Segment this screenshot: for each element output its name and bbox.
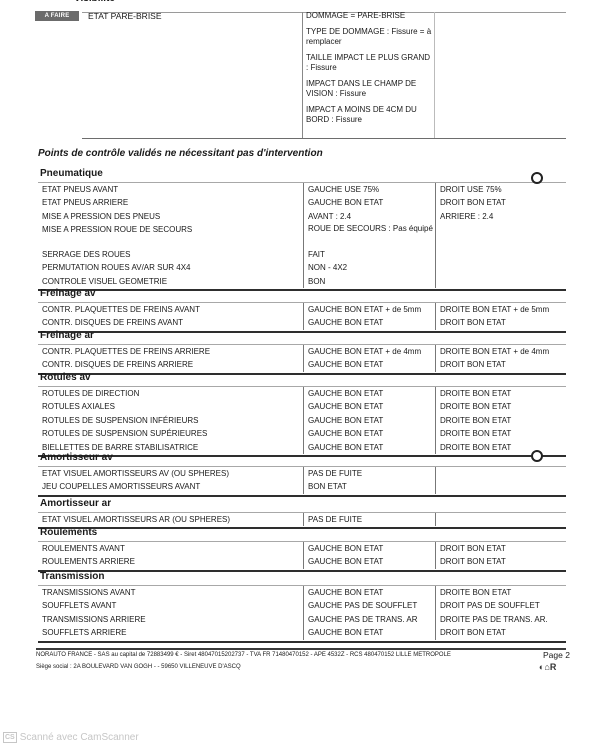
certification-icons: ◐⌂R (539, 662, 556, 672)
column-divider (435, 586, 436, 640)
detail-line: IMPACT DANS LE CHAMP DE VISION : Fissure (306, 79, 432, 99)
column-divider (303, 303, 304, 330)
punch-hole-icon (531, 172, 543, 184)
left-value: BON (308, 275, 436, 288)
left-value: GAUCHE BON ETAT (308, 316, 436, 329)
left-value: GAUCHE BON ETAT (308, 387, 436, 400)
detail-line: DOMMAGE = PARE-BRISE (306, 11, 432, 21)
right-value: DROITE BON ETAT (440, 414, 511, 427)
column-divider (303, 542, 304, 569)
status-badge-a-faire: A FAIRE (35, 11, 79, 21)
left-value: GAUCHE BON ETAT + de 5mm (308, 303, 436, 316)
checkpoint-label: CONTR. DISQUES DE FREINS AVANT (42, 316, 183, 329)
left-value: GAUCHE BON ETAT (308, 400, 436, 413)
checkpoint-label: ETAT VISUEL AMORTISSEURS AV (OU SPHERES) (42, 467, 229, 480)
right-value: DROIT BON ETAT (440, 358, 506, 371)
column-divider (435, 542, 436, 569)
checkpoint-label: CONTR. PLAQUETTES DE FREINS ARRIERE (42, 345, 210, 358)
left-value: GAUCHE USE 75% (308, 183, 436, 196)
column-divider (435, 183, 436, 288)
checkpoint-label: ETAT PNEUS ARRIERE (42, 196, 128, 209)
checkpoint-label: SOUFFLETS ARRIERE (42, 626, 126, 639)
right-value: DROIT BON ETAT (440, 626, 506, 639)
column-divider (435, 387, 436, 454)
divider (82, 138, 566, 139)
checkpoint-label: CONTR. DISQUES DE FREINS ARRIERE (42, 358, 193, 371)
left-value: GAUCHE BON ETAT (308, 555, 436, 568)
checkpoint-label: CONTR. PLAQUETTES DE FREINS AVANT (42, 303, 200, 316)
checkpoint-label: SERRAGE DES ROUES (42, 248, 130, 261)
right-value: DROITE BON ETAT (440, 586, 511, 599)
left-value: NON - 4X2 (308, 261, 436, 274)
checkpoint-label: ROULEMENTS ARRIERE (42, 555, 135, 568)
checkpoint-label: ROTULES DE SUSPENSION INFÉRIEURS (42, 414, 198, 427)
right-value: DROIT PAS DE SOUFFLET (440, 599, 540, 612)
group-divider (38, 570, 566, 572)
checkpoint-label: MISE A PRESSION ROUE DE SECOURS (42, 223, 192, 236)
group-title: Freinage av (40, 288, 96, 299)
left-value: GAUCHE BON ETAT (308, 358, 436, 371)
column-divider (303, 467, 304, 494)
group-title: Freinage ar (40, 330, 94, 341)
group-title: Amortisseur av (40, 452, 113, 463)
group-divider (38, 495, 566, 497)
right-value: DROITE BON ETAT + de 4mm (440, 345, 549, 358)
group-divider (38, 527, 566, 529)
detail-line: IMPACT A MOINS DE 4CM DU BORD : Fissure (306, 105, 432, 125)
left-value: FAIT (308, 248, 436, 261)
detail-line: TAILLE IMPACT LE PLUS GRAND : Fissure (306, 53, 432, 73)
watermark-text: Scanné avec CamScanner (20, 732, 139, 743)
column-divider (435, 345, 436, 372)
checkpoint-label: MISE A PRESSION DES PNEUS (42, 210, 160, 223)
punch-hole-icon (531, 450, 543, 462)
right-value: DROITE BON ETAT (440, 441, 511, 454)
left-value: GAUCHE BON ETAT (308, 427, 436, 440)
group-title: Roulements (40, 527, 97, 538)
checkpoint-label: PERMUTATION ROUES AV/AR SUR 4X4 (42, 261, 190, 274)
column-divider (303, 183, 304, 288)
left-value: GAUCHE BON ETAT (308, 441, 436, 454)
group-title: Transmission (40, 571, 104, 582)
column-divider (435, 513, 436, 526)
right-value: DROITE PAS DE TRANS. AR. (440, 613, 548, 626)
group-title: Amortisseur ar (40, 498, 111, 509)
right-value: DROIT USE 75% (440, 183, 502, 196)
checkpoint-label: ROTULES AXIALES (42, 400, 115, 413)
camscanner-watermark: CS Scanné avec CamScanner (3, 732, 139, 743)
checkpoint-label: ROTULES DE SUSPENSION SUPÉRIEURES (42, 427, 207, 440)
right-value: ARRIERE : 2.4 (440, 210, 493, 223)
right-value: DROIT BON ETAT (440, 316, 506, 329)
left-value: GAUCHE BON ETAT (308, 414, 436, 427)
group-divider (38, 455, 566, 457)
group-divider (38, 373, 566, 375)
column-divider (435, 303, 436, 330)
left-value: PAS DE FUITE (308, 467, 436, 480)
checkpoint-label: ETAT PNEUS AVANT (42, 183, 118, 196)
group-divider (38, 331, 566, 333)
footer-divider (36, 648, 566, 650)
page-number: Page 2 (543, 650, 570, 660)
left-value: GAUCHE BON ETAT (308, 586, 436, 599)
checkpoint-label: ROULEMENTS AVANT (42, 542, 125, 555)
column-divider (303, 387, 304, 454)
footer-address: Siège social : 2A BOULEVARD VAN GOGH - -… (36, 664, 241, 670)
left-value: GAUCHE PAS DE SOUFFLET (308, 599, 436, 612)
left-value: GAUCHE BON ETAT (308, 542, 436, 555)
section-title-visibilite: Visibilité (74, 0, 115, 4)
checkpoint-label: JEU COUPELLES AMORTISSEURS AVANT (42, 480, 200, 493)
left-value: PAS DE FUITE (308, 513, 436, 526)
checkpoint-label: ETAT VISUEL AMORTISSEURS AR (OU SPHERES) (42, 513, 230, 526)
left-value: GAUCHE PAS DE TRANS. AR (308, 613, 436, 626)
group-title: Rotules av (40, 372, 91, 383)
right-value: DROITE BON ETAT (440, 400, 511, 413)
column-divider (435, 467, 436, 494)
right-value: DROITE BON ETAT (440, 427, 511, 440)
right-value: DROITE BON ETAT + de 5mm (440, 303, 549, 316)
column-divider (303, 513, 304, 526)
left-value: BON ETAT (308, 480, 436, 493)
right-value: DROIT BON ETAT (440, 542, 506, 555)
group-divider (38, 641, 566, 643)
right-value: DROIT BON ETAT (440, 555, 506, 568)
group-title: Pneumatique (40, 168, 103, 179)
column-divider (302, 12, 303, 138)
column-divider (303, 586, 304, 640)
item-label-pare-brise: ETAT PARE-BRISE (88, 11, 162, 21)
left-value: GAUCHE BON ETAT (308, 626, 436, 639)
checkpoint-label: TRANSMISSIONS AVANT (42, 586, 136, 599)
checkpoint-label: SOUFFLETS AVANT (42, 599, 116, 612)
column-divider (303, 345, 304, 372)
checkpoint-label: ROTULES DE DIRECTION (42, 387, 139, 400)
column-divider (434, 12, 435, 138)
right-value: DROIT BON ETAT (440, 196, 506, 209)
validated-section-title: Points de contrôle validés ne nécessitan… (38, 148, 323, 159)
detail-line: TYPE DE DOMMAGE : Fissure = à remplacer (306, 27, 432, 47)
camscanner-logo-icon: CS (3, 732, 17, 743)
left-value: AVANT : 2.4 (308, 210, 436, 223)
left-value: ROUE DE SECOURS : Pas équipé (308, 224, 436, 234)
left-value: GAUCHE BON ETAT (308, 196, 436, 209)
checkpoint-label: TRANSMISSIONS ARRIERE (42, 613, 146, 626)
right-value: DROITE BON ETAT (440, 387, 511, 400)
left-value: GAUCHE BON ETAT + de 4mm (308, 345, 436, 358)
damage-details: DOMMAGE = PARE-BRISE TYPE DE DOMMAGE : F… (306, 11, 432, 131)
checkpoint-label: CONTROLE VISUEL GEOMETRIE (42, 275, 167, 288)
group-divider (38, 289, 566, 291)
footer-company-info: NORAUTO FRANCE - SAS au capital de 72883… (36, 652, 451, 658)
